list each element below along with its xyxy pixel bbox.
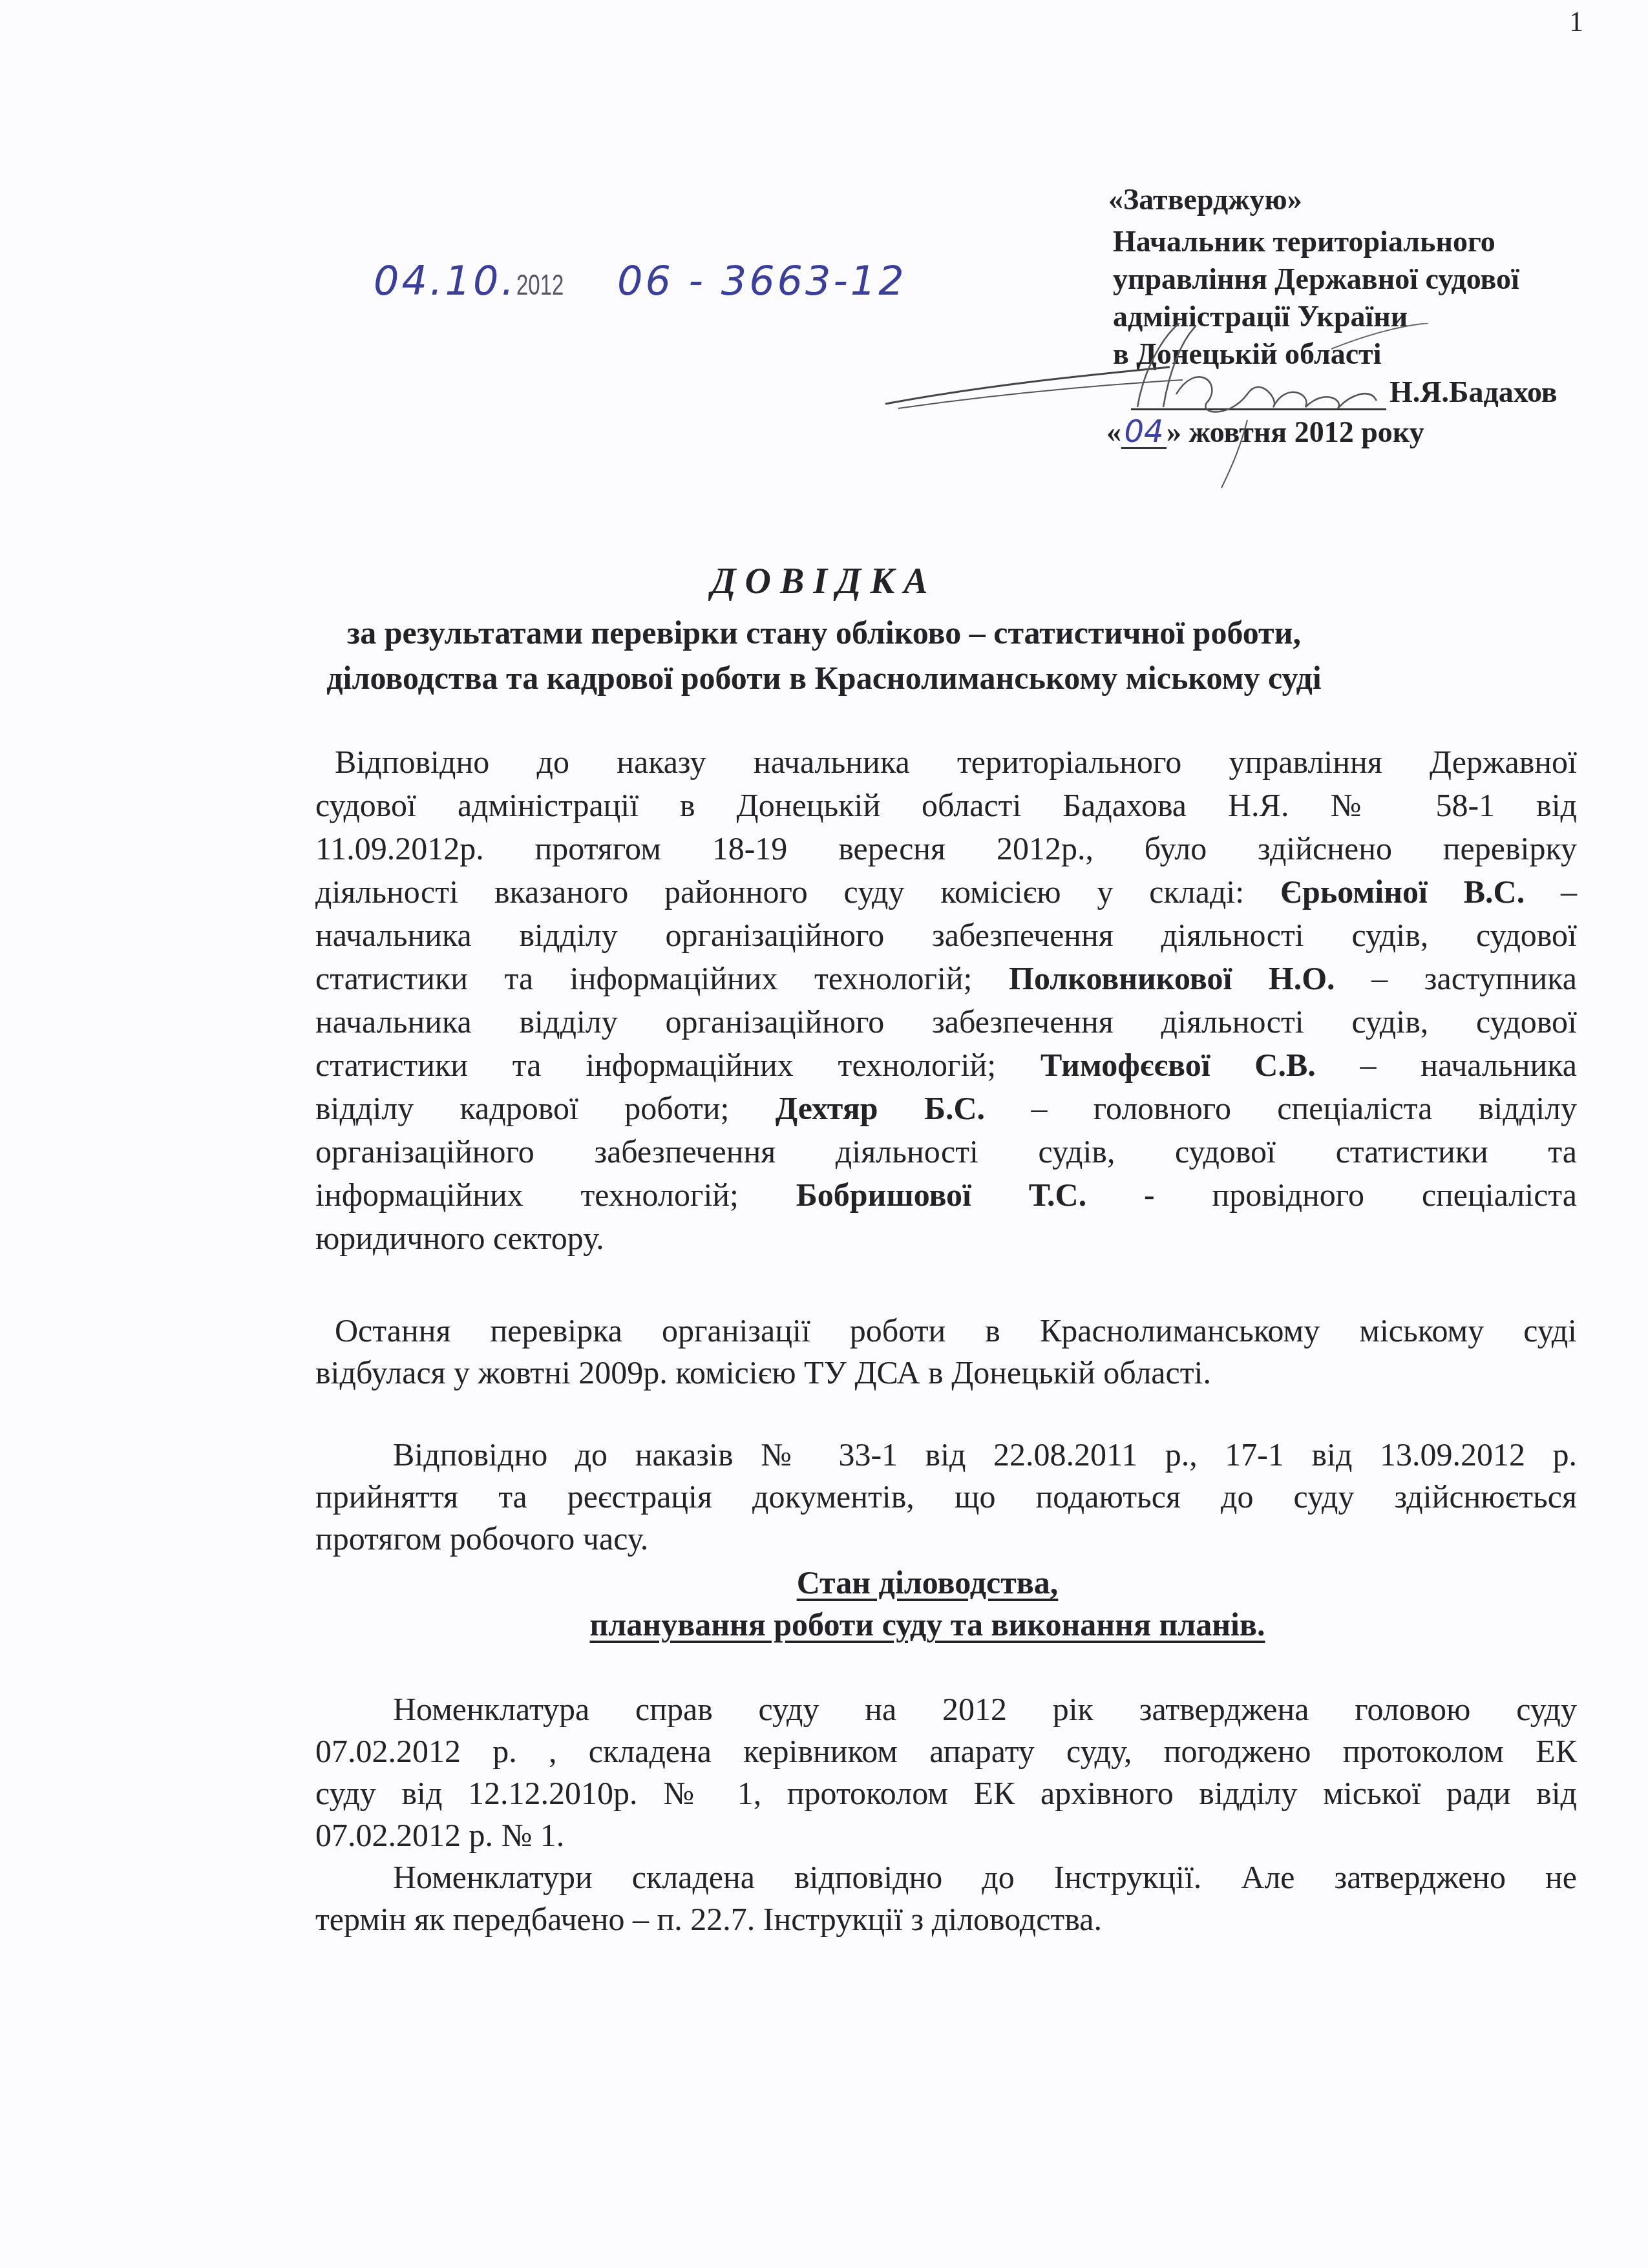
document-subtitle-line: за результатами перевірки стану обліково… — [0, 614, 1648, 651]
paragraph-line: 11.09.2012р. протягом 18-19 вересня 2012… — [315, 830, 1577, 867]
paragraph-text: – заступника — [1335, 960, 1577, 996]
paragraph-text: Відповідно до наказу начальника територі… — [335, 744, 1577, 780]
paragraph-text: юридичного сектору. — [315, 1220, 604, 1256]
paragraph-text: – — [1525, 874, 1577, 910]
paragraph-line: термін як передбачено – п. 22.7. Інструк… — [315, 1900, 1577, 1938]
registration-number: 06 - 3663-12 — [617, 257, 907, 304]
paragraph-text: – головного спеціаліста відділу — [985, 1090, 1577, 1126]
document-subtitle-line: діловодства та кадрової роботи в Краснол… — [0, 659, 1648, 697]
registration-date-stamp-year: 2012 — [516, 269, 564, 302]
registration-date: 04.10.2012 — [374, 257, 580, 304]
section-heading-text: Стан діловодства, — [797, 1564, 1059, 1601]
approval-heading: «Затверджую» — [1108, 181, 1302, 218]
approval-line: в Донецькій області — [1113, 335, 1381, 373]
paragraph-line: юридичного сектору. — [315, 1219, 1577, 1257]
paragraph-line: Відповідно до наказів № 33-1 від 22.08.2… — [393, 1436, 1577, 1473]
paragraph-line: Номенклатури складена відповідно до Інст… — [393, 1858, 1577, 1896]
registration-date-handwritten: 04.10. — [374, 257, 516, 304]
paragraph-text: судової адміністрації в Донецькій област… — [315, 787, 1577, 823]
paragraph-text: статистики та інформаційних технологій; — [315, 960, 1009, 996]
paragraph-line: організаційного забезпечення діяльності … — [315, 1133, 1577, 1170]
paragraph-line: діяльності вказаного районного суду комі… — [315, 873, 1577, 910]
paragraph-line: відбулася у жовтні 2009р. комісією ТУ ДС… — [315, 1354, 1577, 1391]
approval-date: «04» жовтня 2012 року — [1106, 414, 1424, 451]
section-heading-line: планування роботи суду та виконання план… — [103, 1606, 1648, 1643]
paragraph-line: відділу кадрової роботи; Дехтяр Б.С. – г… — [315, 1089, 1577, 1127]
approval-line: управління Державної судової — [1113, 260, 1519, 298]
date-open-quote: « — [1106, 415, 1121, 448]
paragraph-line: начальника відділу організаційного забез… — [315, 916, 1577, 954]
paragraph-text: – начальника — [1316, 1047, 1577, 1083]
signature-line — [1131, 408, 1386, 410]
paragraph-line: статистики та інформаційних технологій; … — [315, 960, 1577, 997]
paragraph-line: Відповідно до наказу начальника територі… — [335, 743, 1577, 781]
paragraph-line: Номенклатура справ суду на 2012 рік затв… — [393, 1690, 1577, 1728]
commission-member-name: Дехтяр Б.С. — [776, 1090, 985, 1126]
date-day-handwritten: 04 — [1121, 416, 1167, 449]
page-number: 1 — [1569, 5, 1583, 38]
commission-member-name: Бобришової Т.С. - — [796, 1177, 1155, 1213]
paragraph-text: діяльності вказаного районного суду комі… — [315, 874, 1280, 910]
paragraph-line: судової адміністрації в Донецькій област… — [315, 786, 1577, 824]
commission-member-name: Єрьоміної В.С. — [1280, 874, 1525, 910]
approval-line: адміністрації України — [1113, 298, 1408, 335]
paragraph-text: 11.09.2012р. протягом 18-19 вересня 2012… — [315, 830, 1577, 866]
paragraph-line: 07.02.2012 р. , складена керівником апар… — [315, 1732, 1577, 1770]
paragraph-text: організаційного забезпечення діяльності … — [315, 1133, 1577, 1170]
paragraph-line: 07.02.2012 р. № 1. — [315, 1816, 1577, 1854]
date-rest: » жовтня 2012 року — [1167, 415, 1424, 448]
paragraph-line: протягом робочого часу. — [315, 1520, 1577, 1557]
paragraph-line: Остання перевірка організації роботи в К… — [335, 1312, 1577, 1349]
paragraph-text: інформаційних технологій; — [315, 1177, 796, 1213]
paragraph-text: провідного спеціаліста — [1155, 1177, 1577, 1213]
paragraph-text: начальника відділу організаційного забез… — [315, 917, 1577, 953]
document-title: ДОВІДКА — [0, 561, 1648, 602]
paragraph-line: начальника відділу організаційного забез… — [315, 1003, 1577, 1040]
document-page: 1 04.10.2012 06 - 3663-12 «Затверджую» Н… — [0, 0, 1648, 2268]
paragraph-text: відділу кадрової роботи; — [315, 1090, 776, 1126]
paragraph-line: інформаційних технологій; Бобришової Т.С… — [315, 1176, 1577, 1213]
paragraph-text: начальника відділу організаційного забез… — [315, 1003, 1577, 1040]
section-heading-line: Стан діловодства, — [103, 1564, 1648, 1601]
commission-member-name: Тимофєєвої С.В. — [1041, 1047, 1316, 1083]
approval-line: Начальник територіального — [1113, 223, 1495, 260]
paragraph-text: статистики та інформаційних технологій; — [315, 1047, 1041, 1083]
commission-member-name: Полковникової Н.О. — [1009, 960, 1335, 996]
section-heading-text: планування роботи суду та виконання план… — [589, 1606, 1265, 1643]
paragraph-line: суду від 12.12.2010р. № 1, протоколом ЕК… — [315, 1774, 1577, 1812]
paragraph-line: прийняття та реєстрація документів, що п… — [315, 1478, 1577, 1515]
paragraph-line: статистики та інформаційних технологій; … — [315, 1046, 1577, 1084]
signatory-name: Н.Я.Бадахов — [1389, 373, 1558, 411]
